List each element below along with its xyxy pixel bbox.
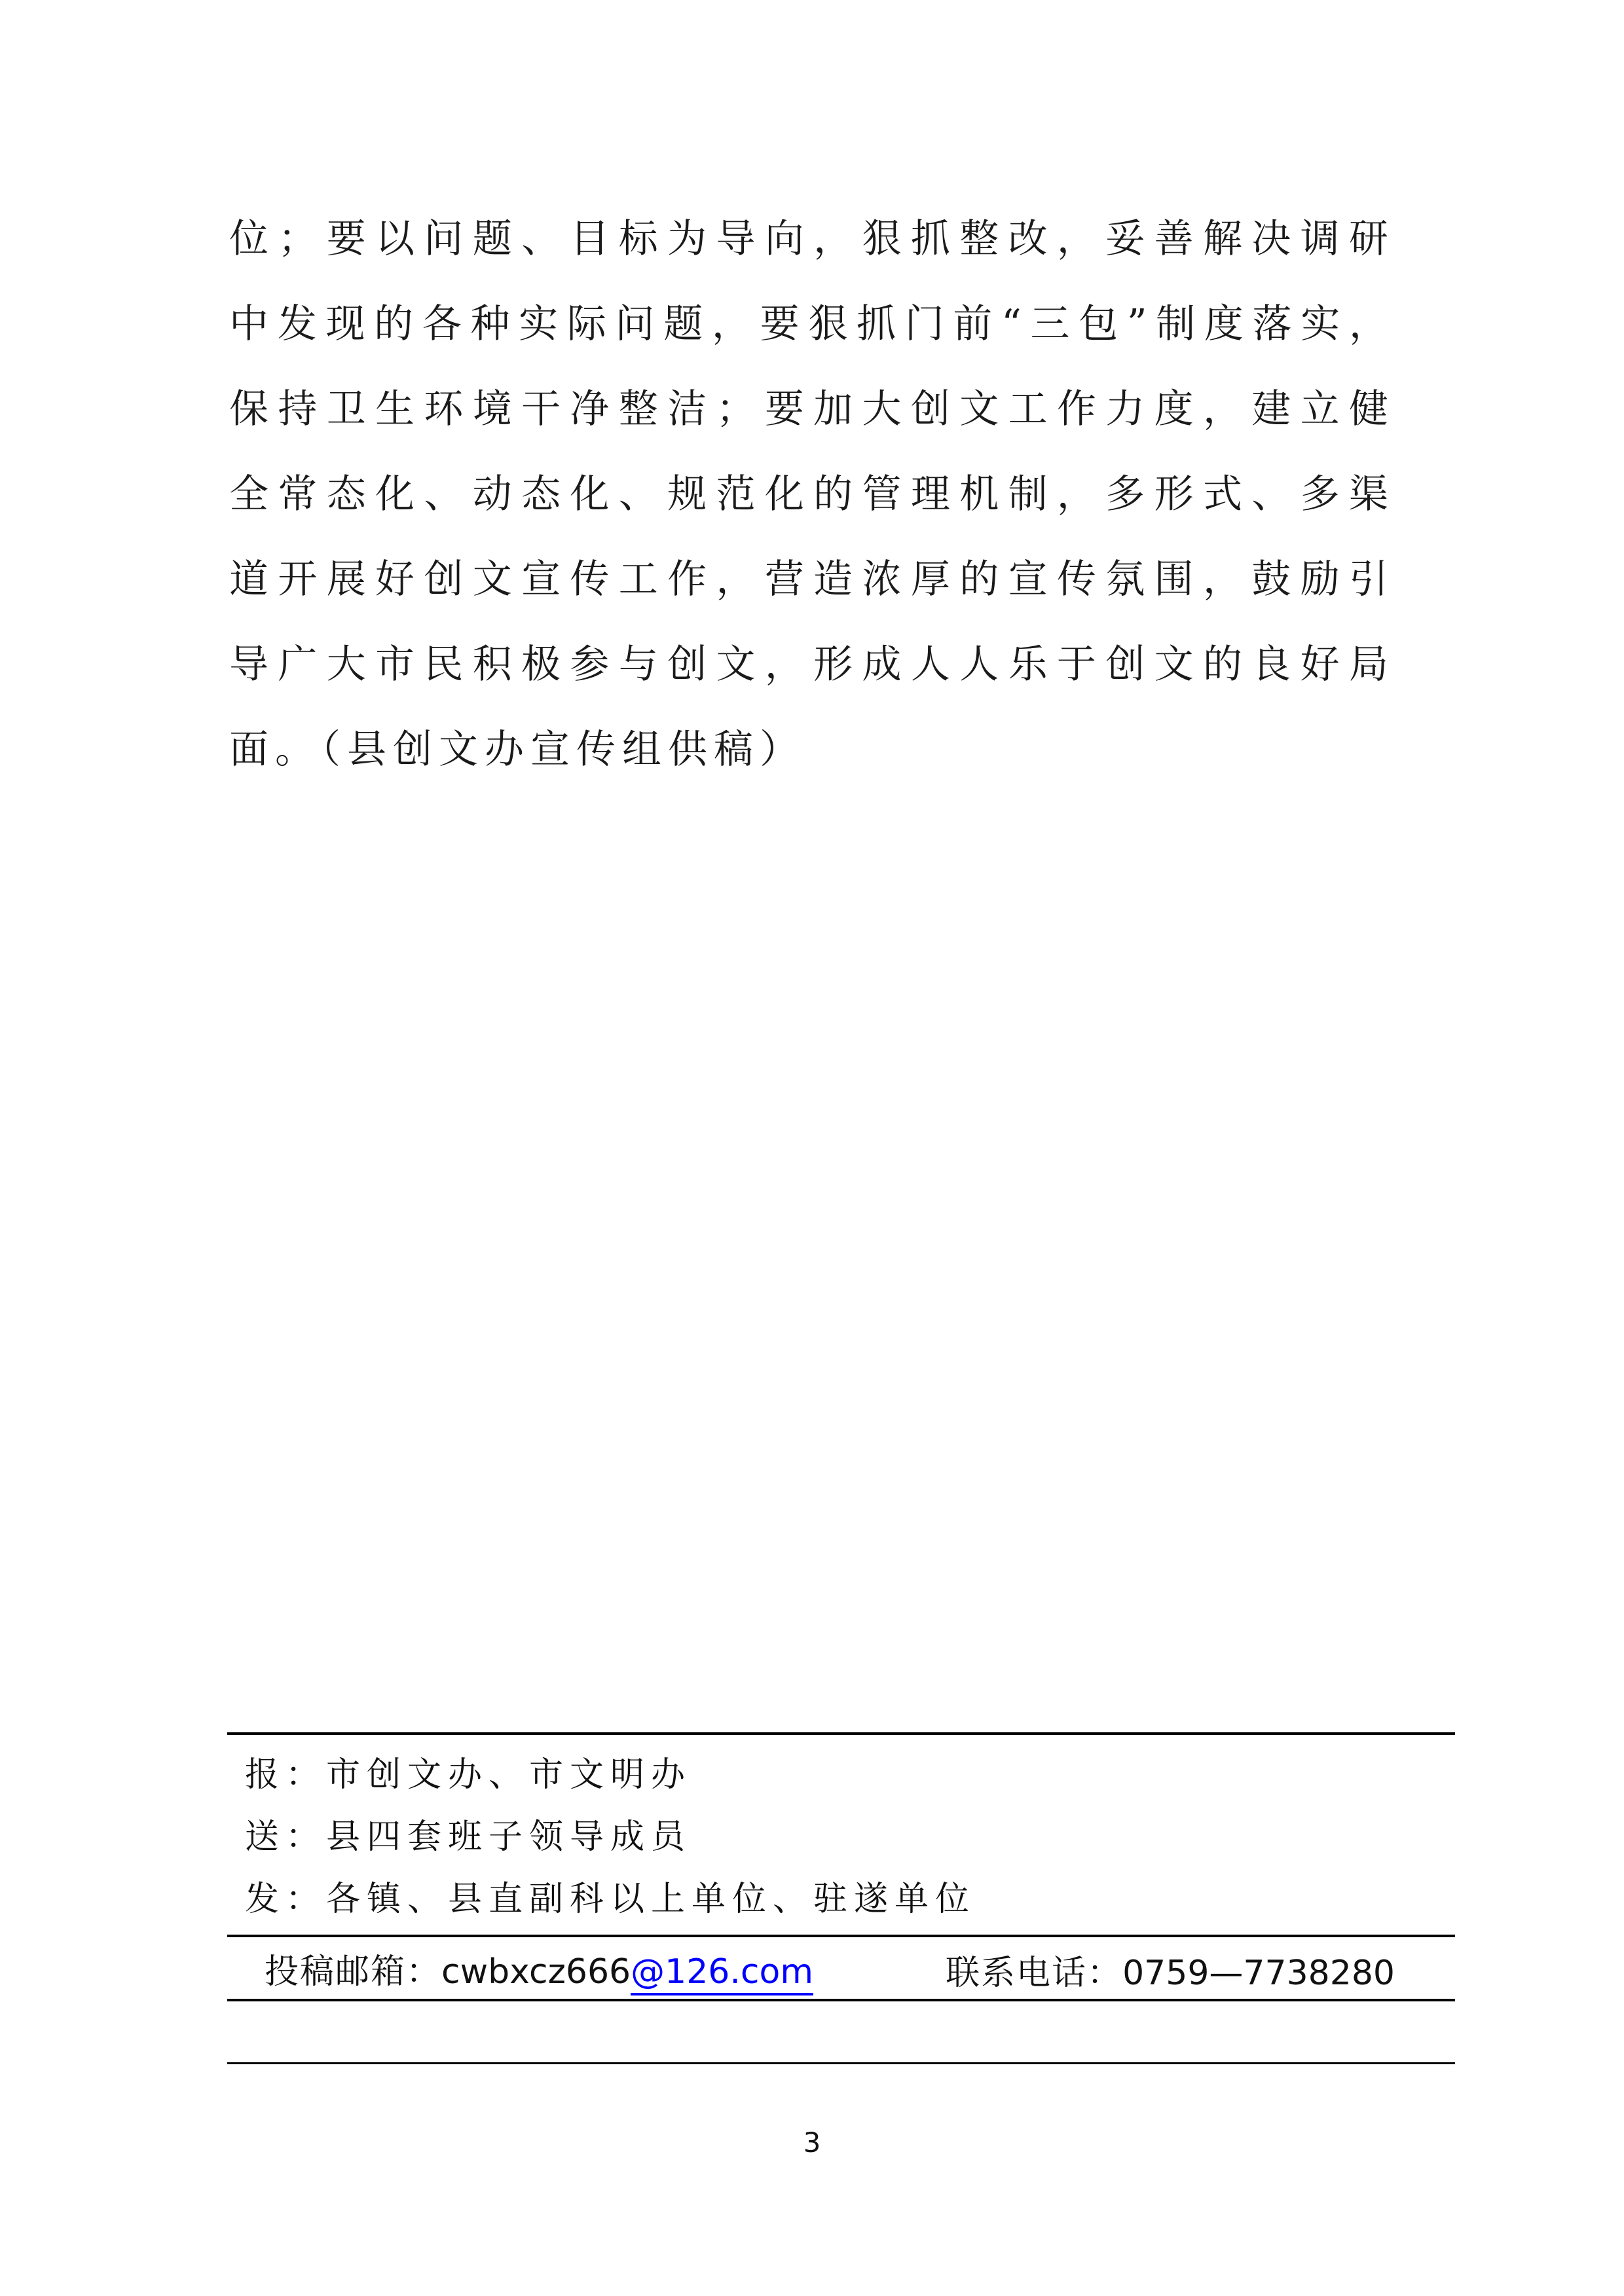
report-line: 报：市创文办、市文明办: [245, 1744, 1456, 1806]
divider-top: [227, 1732, 1455, 1735]
divider-above-contact: [227, 1935, 1455, 1937]
phone-number: 0759—7738280: [1122, 1954, 1395, 1993]
divider-bottom: [227, 2062, 1455, 2064]
phone-label: 联系电话：: [946, 1945, 1122, 1994]
issue-line: 发：各镇、县直副科以上单位、驻遂单位: [245, 1868, 1456, 1931]
email-label: 投稿邮箱：: [265, 1944, 441, 1993]
email-domain-link[interactable]: @126.com: [631, 1952, 813, 1995]
body-line-last: 面。（县创文办宣传组供稿）: [229, 707, 1395, 792]
phone-group: 联系电话： 0759—7738280: [946, 1945, 1395, 1994]
email-user: cwbxcz666: [441, 1952, 631, 1992]
contact-row: 投稿邮箱： cwbxcz666 @126.com 联系电话： 0759—7738…: [265, 1942, 1395, 1997]
body-paragraph: 位；要以问题、目标为导向，狠抓整改，妥善解决调研 中发现的各种实际问题，要狠抓门…: [229, 196, 1395, 792]
send-line: 送：县四套班子领导成员: [245, 1806, 1456, 1868]
distribution-list: 报：市创文办、市文明办 送：县四套班子领导成员 发：各镇、县直副科以上单位、驻遂…: [245, 1744, 1456, 1931]
body-line: 全常态化、动态化、规范化的管理机制，多形式、多渠: [229, 452, 1395, 537]
divider-below-contact: [227, 1999, 1455, 2001]
body-line: 位；要以问题、目标为导向，狠抓整改，妥善解决调研: [229, 196, 1395, 282]
body-line: 道开展好创文宣传工作，营造浓厚的宣传氛围，鼓励引: [229, 537, 1395, 622]
page-number: 3: [0, 2126, 1624, 2159]
body-line: 保持卫生环境干净整洁；要加大创文工作力度，建立健: [229, 367, 1395, 452]
body-line: 中发现的各种实际问题，要狠抓门前“三包”制度落实，: [229, 282, 1395, 367]
body-line: 导广大市民积极参与创文，形成人人乐于创文的良好局: [229, 622, 1395, 707]
email-group: 投稿邮箱： cwbxcz666 @126.com: [265, 1944, 813, 1995]
document-page: 位；要以问题、目标为导向，狠抓整改，妥善解决调研 中发现的各种实际问题，要狠抓门…: [0, 0, 1624, 2296]
